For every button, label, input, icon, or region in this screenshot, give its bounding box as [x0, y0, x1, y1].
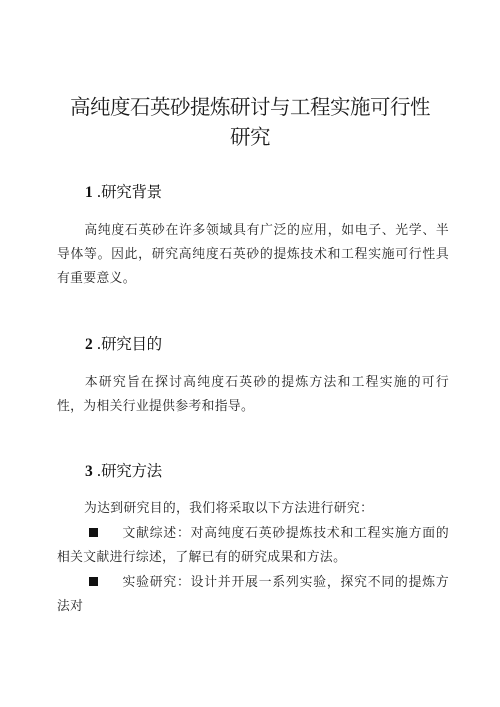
document-page: 高纯度石英砂提炼研讨与工程实施可行性 研究 1.研究背景 高纯度石英砂在许多领域…	[0, 0, 500, 707]
section-heading-methods: 3.研究方法	[85, 459, 162, 481]
section-heading-text: .研究目的	[96, 335, 161, 353]
bullet-item-literature-review: 文献综述：对高纯度石英砂提炼技术和工程实施方面的相关文献进行综述，了解已有的研究…	[57, 522, 449, 570]
section-paragraph-methods: 为达到研究目的，我们将采取以下方法进行研究：	[57, 497, 449, 521]
section-number: 1	[85, 184, 92, 201]
square-bullet-icon	[89, 528, 98, 537]
bullet-item-experimental-research: 实验研究：设计并开展一系列实验，探究不同的提炼方法对	[57, 571, 449, 619]
title-line-1: 高纯度石英砂提炼研讨与工程实施可行性	[40, 92, 460, 122]
paragraph-text: 高纯度石英砂在许多领域具有广泛的应用，如电子、光学、半导体等。因此，研究高纯度石…	[57, 223, 449, 286]
section-heading-text: .研究背景	[96, 183, 161, 201]
section-number: 3	[85, 463, 92, 480]
square-bullet-icon	[89, 577, 98, 586]
section-number: 2	[85, 336, 92, 353]
section-heading-text: .研究方法	[96, 462, 161, 480]
section-paragraph-background: 高纯度石英砂在许多领域具有广泛的应用，如电子、光学、半导体等。因此，研究高纯度石…	[57, 219, 449, 291]
document-title: 高纯度石英砂提炼研讨与工程实施可行性 研究	[40, 92, 460, 152]
paragraph-text: 为达到研究目的，我们将采取以下方法进行研究：	[84, 501, 373, 516]
bullet-text: 实验研究：设计并开展一系列实验，探究不同的提炼方法对	[57, 575, 449, 614]
title-line-2: 研究	[40, 122, 460, 152]
section-heading-background: 1.研究背景	[85, 180, 162, 202]
paragraph-text: 本研究旨在探讨高纯度石英砂的提炼方法和工程实施的可行性，为相关行业提供参考和指导…	[57, 375, 449, 414]
section-paragraph-purpose: 本研究旨在探讨高纯度石英砂的提炼方法和工程实施的可行性，为相关行业提供参考和指导…	[57, 371, 449, 419]
bullet-text: 文献综述：对高纯度石英砂提炼技术和工程实施方面的相关文献进行综述，了解已有的研究…	[57, 526, 449, 565]
section-heading-purpose: 2.研究目的	[85, 332, 162, 354]
